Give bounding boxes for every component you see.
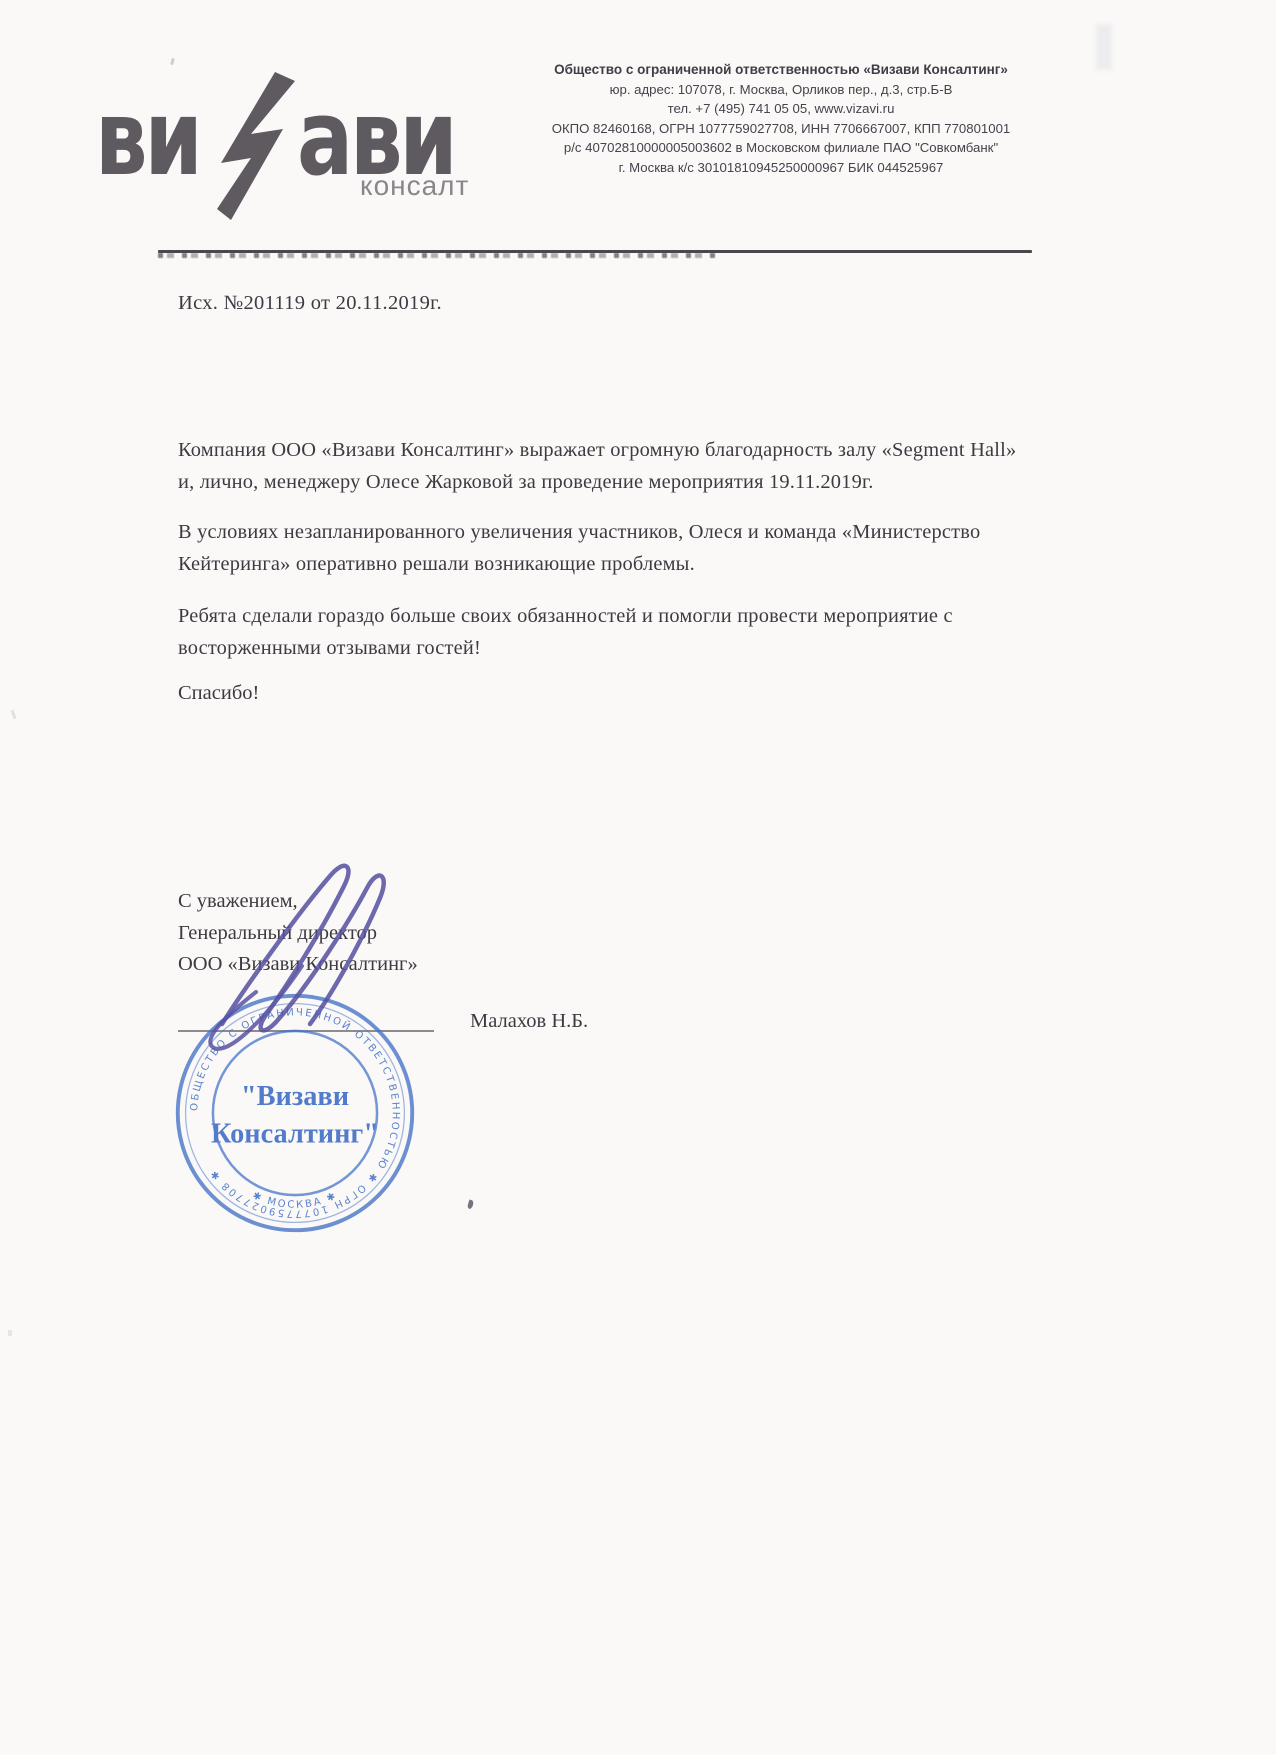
scan-speck-artifact: [170, 58, 175, 66]
stamp-center-line1: "Визави: [241, 1081, 349, 1112]
pen-tick-mark: [467, 1199, 475, 1209]
company-codes-line: ОКПО 82460168, ОГРН 1077759027708, ИНН 7…: [520, 119, 1042, 139]
stamp-center-line2: Консалтинг": [211, 1118, 379, 1149]
company-phone-line: тел. +7 (495) 741 05 05, www.vizavi.ru: [520, 99, 1042, 119]
lightning-z-icon: [211, 72, 295, 220]
signer-name: Малахов Н.Б.: [470, 1010, 588, 1033]
scan-speck-artifact: [8, 1330, 12, 1336]
paragraph-conditions: В условиях незапланированного увеличения…: [178, 516, 1030, 580]
logo-word-prefix: ви: [95, 86, 200, 190]
handwritten-signature: [192, 852, 407, 1057]
company-details-block: Общество с ограниченной ответственностью…: [520, 60, 1042, 177]
thanks-line: Спасибо!: [178, 682, 259, 705]
scan-speck-artifact: [11, 710, 17, 719]
paragraph-result: Ребята сделали гораздо больше своих обяз…: [178, 600, 1030, 664]
company-logo: ви ави консалт: [95, 72, 475, 222]
company-address-line: юр. адрес: 107078, г. Москва, Орликов пе…: [520, 80, 1042, 100]
logo-subtitle: консалт: [360, 170, 469, 202]
scan-streak-artifact: [1096, 24, 1112, 70]
scanned-letter-page: ви ави консалт Общество с ограниченной о…: [0, 0, 1276, 1755]
paragraph-gratitude: Компания ООО «Визави Консалтинг» выражае…: [178, 434, 1030, 498]
company-account-line: р/с 40702810000005003602 в Московском фи…: [520, 138, 1042, 158]
company-corr-account-line: г. Москва к/с 30101810945250000967 БИК 0…: [520, 158, 1042, 178]
company-name-line: Общество с ограниченной ответственностью…: [520, 60, 1042, 80]
divider-scan-smudge: [158, 253, 718, 258]
reference-number-line: Исх. №201119 от 20.11.2019г.: [178, 292, 442, 315]
